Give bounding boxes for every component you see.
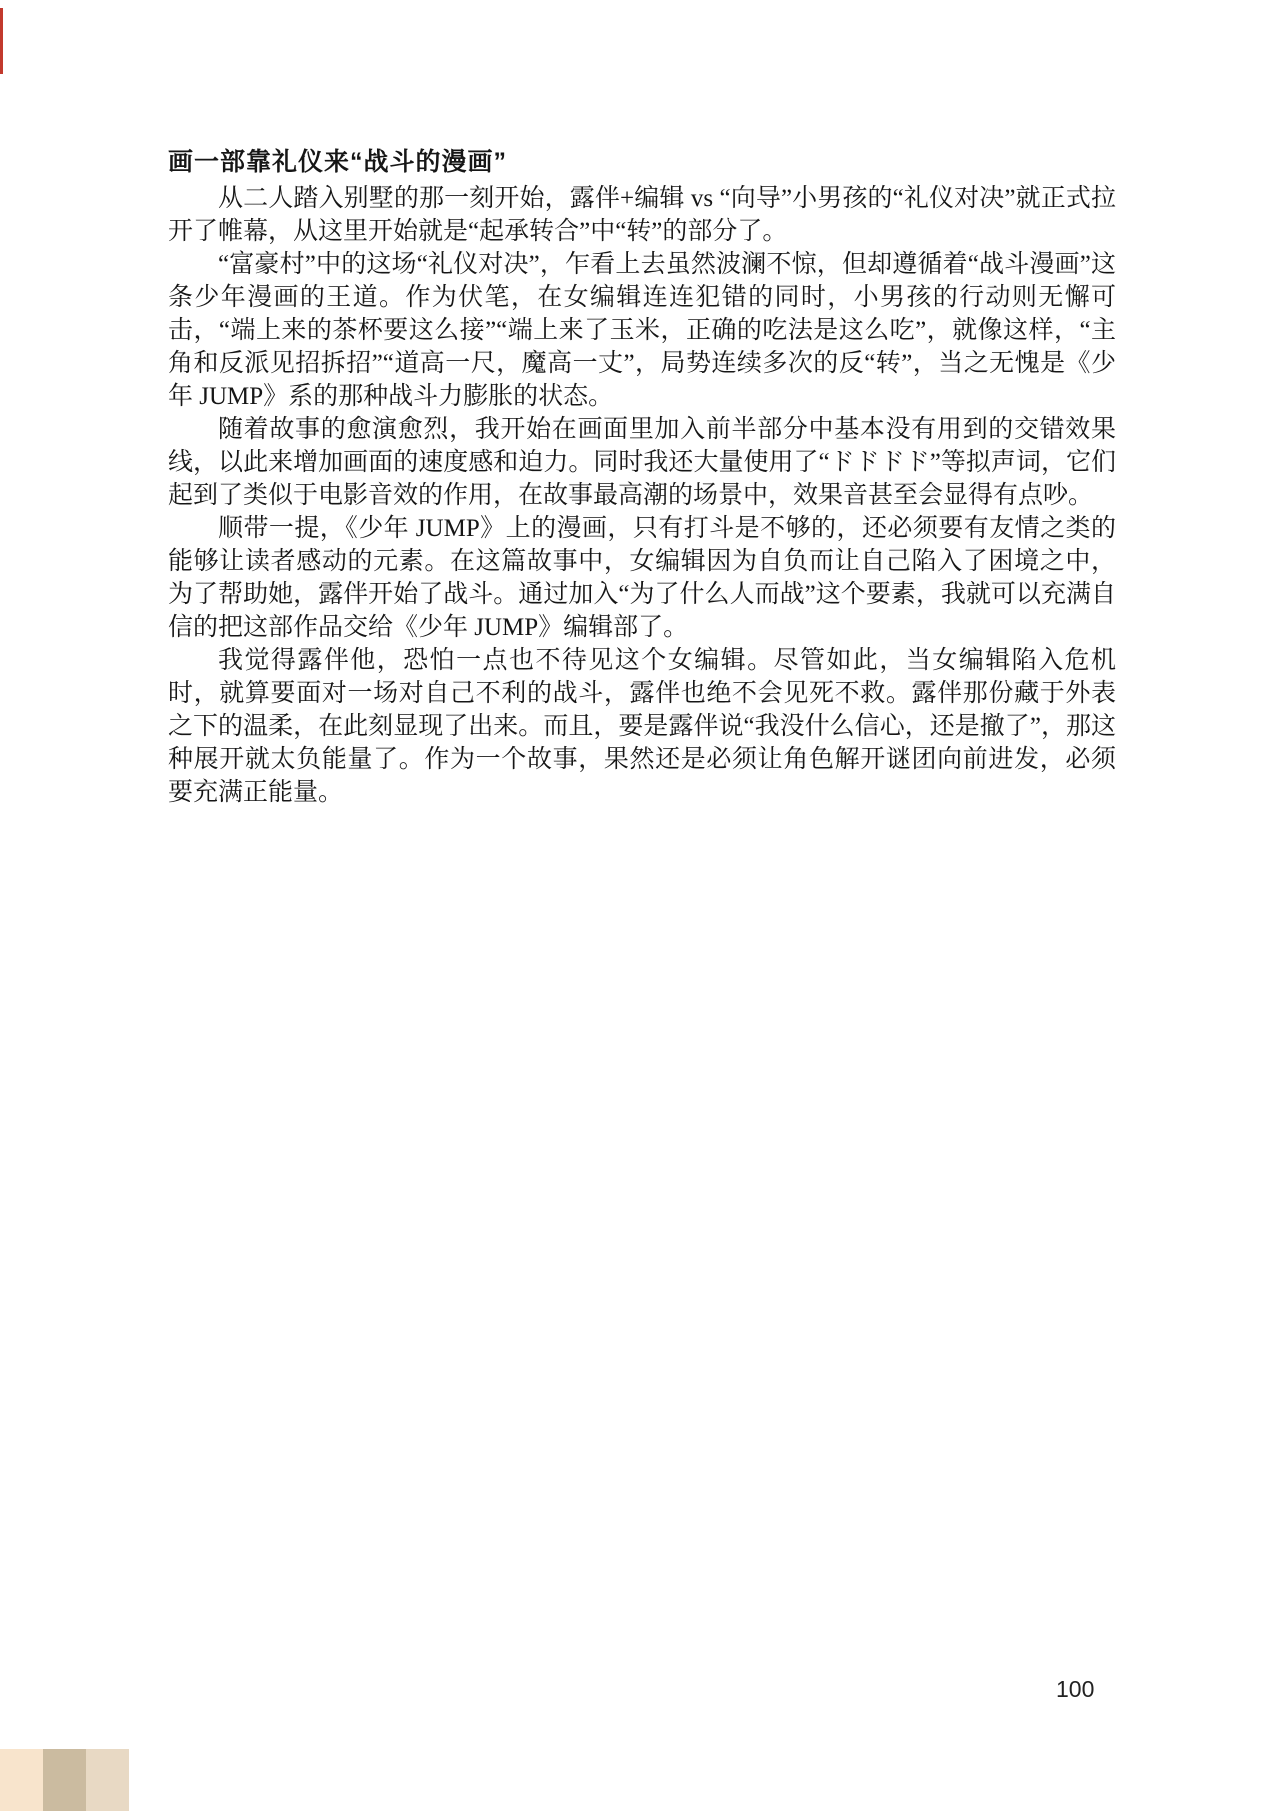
paragraph: 从二人踏入别墅的那一刻开始，露伴+编辑 vs “向导”小男孩的“礼仪对决”就正式… [168,182,1116,248]
color-swatch [86,1749,129,1811]
corner-color-swatches [0,1749,129,1811]
color-swatch [43,1749,86,1811]
spine-red-mark [0,8,3,74]
page-number: 100 [1056,1676,1094,1703]
article-text-column: 画一部靠礼仪来“战斗的漫画” 从二人踏入别墅的那一刻开始，露伴+编辑 vs “向… [168,146,1116,809]
paragraph: 我觉得露伴他，恐怕一点也不待见这个女编辑。尽管如此，当女编辑陷入危机时，就算要面… [168,644,1116,809]
paragraph: “富豪村”中的这场“礼仪对决”，乍看上去虽然波澜不惊，但却遵循着“战斗漫画”这条… [168,248,1116,413]
paragraph: 随着故事的愈演愈烈，我开始在画面里加入前半部分中基本没有用到的交错效果线，以此来… [168,413,1116,512]
paragraph: 顺带一提，《少年 JUMP》上的漫画，只有打斗是不够的，还必须要有友情之类的能够… [168,512,1116,644]
color-swatch [0,1749,43,1811]
section-heading: 画一部靠礼仪来“战斗的漫画” [168,146,1116,179]
